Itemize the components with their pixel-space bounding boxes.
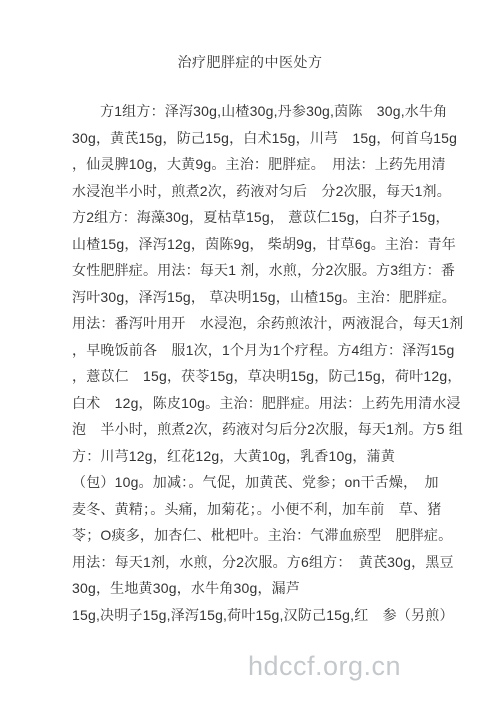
text-line: 30g，生地黄30g，水牛角30g，漏芦 [72, 575, 432, 602]
text-line: 用法：番泻叶用开 水浸泡，余药煎浓汁，两液混合，每天1剂 [72, 310, 432, 337]
text-line: ，早晚饭前各 服1次，1个月为1个疗程。方4组方：泽泻15g [72, 337, 432, 364]
text-line: ，仙灵脾10g，大黄9g。主治：肥胖症。 用法：上药先用清 [72, 151, 432, 178]
text-line: 泻叶30g，泽泻15g， 草决明15g，山楂15g。主治：肥胖症。 [72, 284, 432, 311]
text-line: 方1组方：泽泻30g,山楂30g,丹参30g,茵陈 30g,水牛角 [72, 98, 432, 125]
text-line: 白术 12g，陈皮10g。主治：肥胖症。用法：上药先用清水浸 [72, 390, 432, 417]
text-line: 水浸泡半小时，煎煮2次，药液对匀后 分2次服，每天1剂。 [72, 178, 432, 205]
document-page: 治疗肥胖症的中医处方 方1组方：泽泻30g,山楂30g,丹参30g,茵陈 30g… [0, 0, 500, 707]
text-line: 15g,决明子15g,泽泻15g,荷叶15g,汉防己15g,红 参（另煎） [72, 602, 432, 629]
text-line: 女性肥胖症。用法：每天1 剂，水煎，分2次服。方3组方：番 [72, 257, 432, 284]
text-line: 30g，黄芪15g，防己15g，白术15g，川芎 15g，何首乌15g [72, 125, 432, 152]
document-body: 方1组方：泽泻30g,山楂30g,丹参30g,茵陈 30g,水牛角 30g，黄芪… [72, 98, 432, 628]
text-line: （包）10g。加减：。气促，加黄芪、党参；on干舌燥， 加 [72, 469, 432, 496]
text-line: 方：川芎12g，红花12g，大黄10g，乳香10g，蒲黄 [72, 443, 432, 470]
text-line: 山楂15g，泽泻12g，茵陈9g， 柴胡9g，甘草6g。主治：青年 [72, 231, 432, 258]
text-line: 泡 半小时，煎煮2次，药液对匀后分2次服，每天1剂。方5 组 [72, 416, 432, 443]
text-line: 用法：每天1剂，水煎，分2次服。方6组方： 黄芪30g，黑豆 [72, 549, 432, 576]
text-line: 苓；O痰多，加杏仁、枇杷叶。主治：气滞血瘀型 肥胖症。 [72, 522, 432, 549]
text-line: 麦冬、黄精；。头痛，加菊花；。小便不利，加车前 草、猪 [72, 496, 432, 523]
document-title: 治疗肥胖症的中医处方 [0, 52, 500, 72]
site-watermark: hdccf.org.cn [248, 651, 401, 682]
text-line: 方2组方：海藻30g，夏枯草15g， 薏苡仁15g，白芥子15g， [72, 204, 432, 231]
text-line: ，薏苡仁 15g，茯苓15g，草决明15g，防己15g，荷叶12g， [72, 363, 432, 390]
